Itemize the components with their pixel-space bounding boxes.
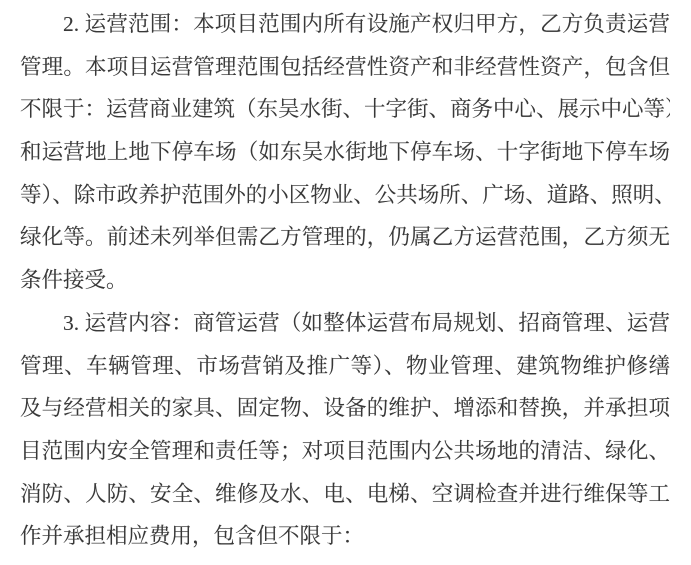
text-line: 2. 运营范围：本项目范围内所有设施产权归甲方，乙方负责运营 xyxy=(20,3,670,46)
text-line: 管理、车辆管理、市场营销及推广等）、物业管理、建筑物维护修缮 xyxy=(20,345,670,388)
text-line: 目范围内安全管理和责任等；对项目范围内公共场地的清洁、绿化、 xyxy=(20,430,670,473)
text-line: 3. 运营内容：商管运营（如整体运营布局规划、招商管理、运营 xyxy=(20,302,670,345)
text-line: 管理。本项目运营管理范围包括经营性资产和非经营性资产，包含但 xyxy=(20,46,670,89)
text-line: 不限于：运营商业建筑（东吴水街、十字街、商务中心、展示中心等） xyxy=(20,88,670,131)
text-line: 绿化等。前述未列举但需乙方管理的，仍属乙方运营范围，乙方须无 xyxy=(20,216,670,259)
text-line: 和运营地上地下停车场（如东吴水街地下停车场、十字街地下停车场 xyxy=(20,131,670,174)
text-line: 条件接受。 xyxy=(20,259,670,302)
text-line: 及与经营相关的家具、固定物、设备的维护、增添和替换，并承担项 xyxy=(20,387,670,430)
text-line: 消防、人防、安全、维修及水、电、电梯、空调检查并进行维保等工 xyxy=(20,473,670,516)
document-page: 2. 运营范围：本项目范围内所有设施产权归甲方，乙方负责运营 管理。本项目运营管… xyxy=(0,0,691,565)
text-line: 等）、除市政养护范围外的小区物业、公共场所、广场、道路、照明、 xyxy=(20,174,670,217)
text-line: 作并承担相应费用，包含但不限于： xyxy=(20,515,670,558)
